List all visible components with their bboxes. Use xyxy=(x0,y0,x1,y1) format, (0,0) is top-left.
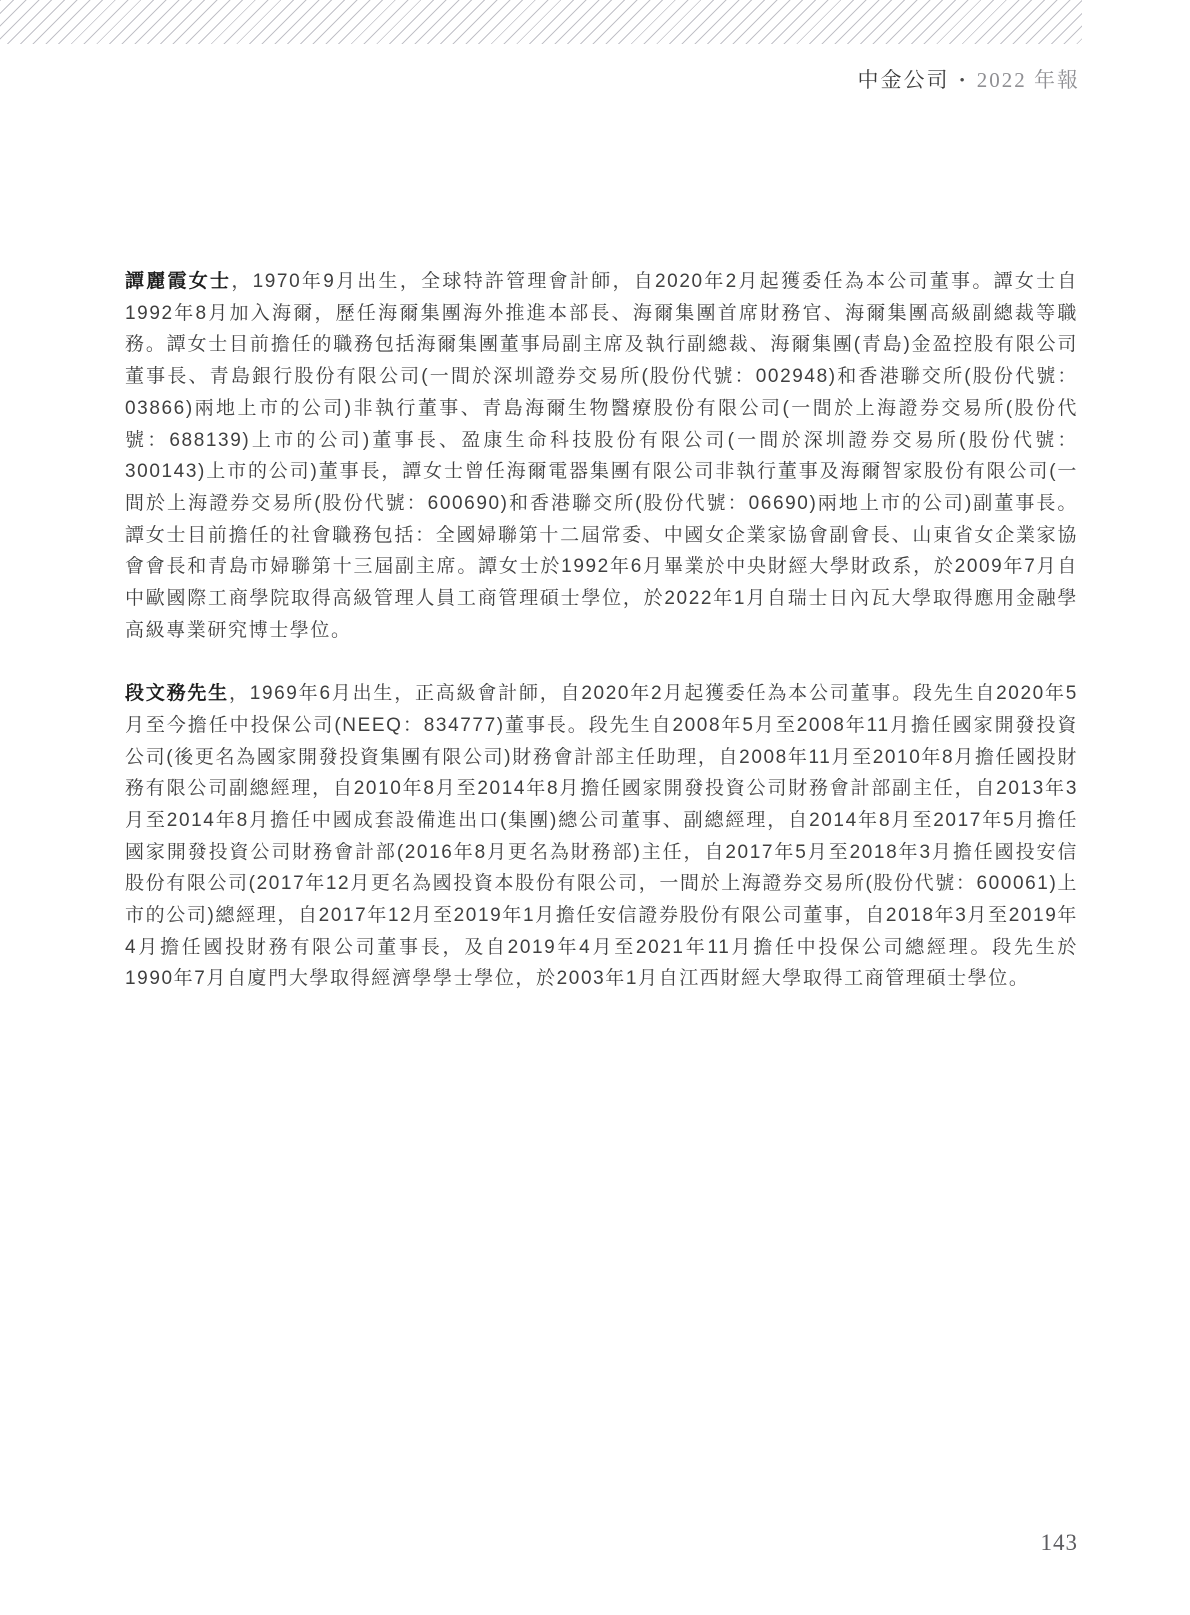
header-separator-dot: • xyxy=(959,73,966,89)
bio-content: 譚麗霞女士，1970年9月出生，全球特許管理會計師，自2020年2月起獲委任為本… xyxy=(125,266,1078,995)
bio-text-duan: ，1969年6月出生，正高級會計師，自2020年2月起獲委任為本公司董事。段先生… xyxy=(125,683,1078,989)
decorative-stripe-band xyxy=(0,0,1082,44)
bio-paragraph-duan: 段文務先生，1969年6月出生，正高級會計師，自2020年2月起獲委任為本公司董… xyxy=(125,678,1078,995)
header-report-year: 2022 年報 xyxy=(977,68,1080,92)
person-name-duan: 段文務先生 xyxy=(125,683,229,704)
person-name-tan: 譚麗霞女士 xyxy=(125,271,231,292)
document-page: 中金公司•2022 年報 譚麗霞女士，1970年9月出生，全球特許管理會計師，自… xyxy=(0,0,1190,1615)
page-header: 中金公司•2022 年報 xyxy=(0,64,1080,94)
bio-paragraph-tan: 譚麗霞女士，1970年9月出生，全球特許管理會計師，自2020年2月起獲委任為本… xyxy=(125,266,1078,646)
page-number: 143 xyxy=(1041,1530,1079,1556)
header-company-name: 中金公司 xyxy=(857,68,949,92)
bio-text-tan: ，1970年9月出生，全球特許管理會計師，自2020年2月起獲委任為本公司董事。… xyxy=(125,271,1078,641)
